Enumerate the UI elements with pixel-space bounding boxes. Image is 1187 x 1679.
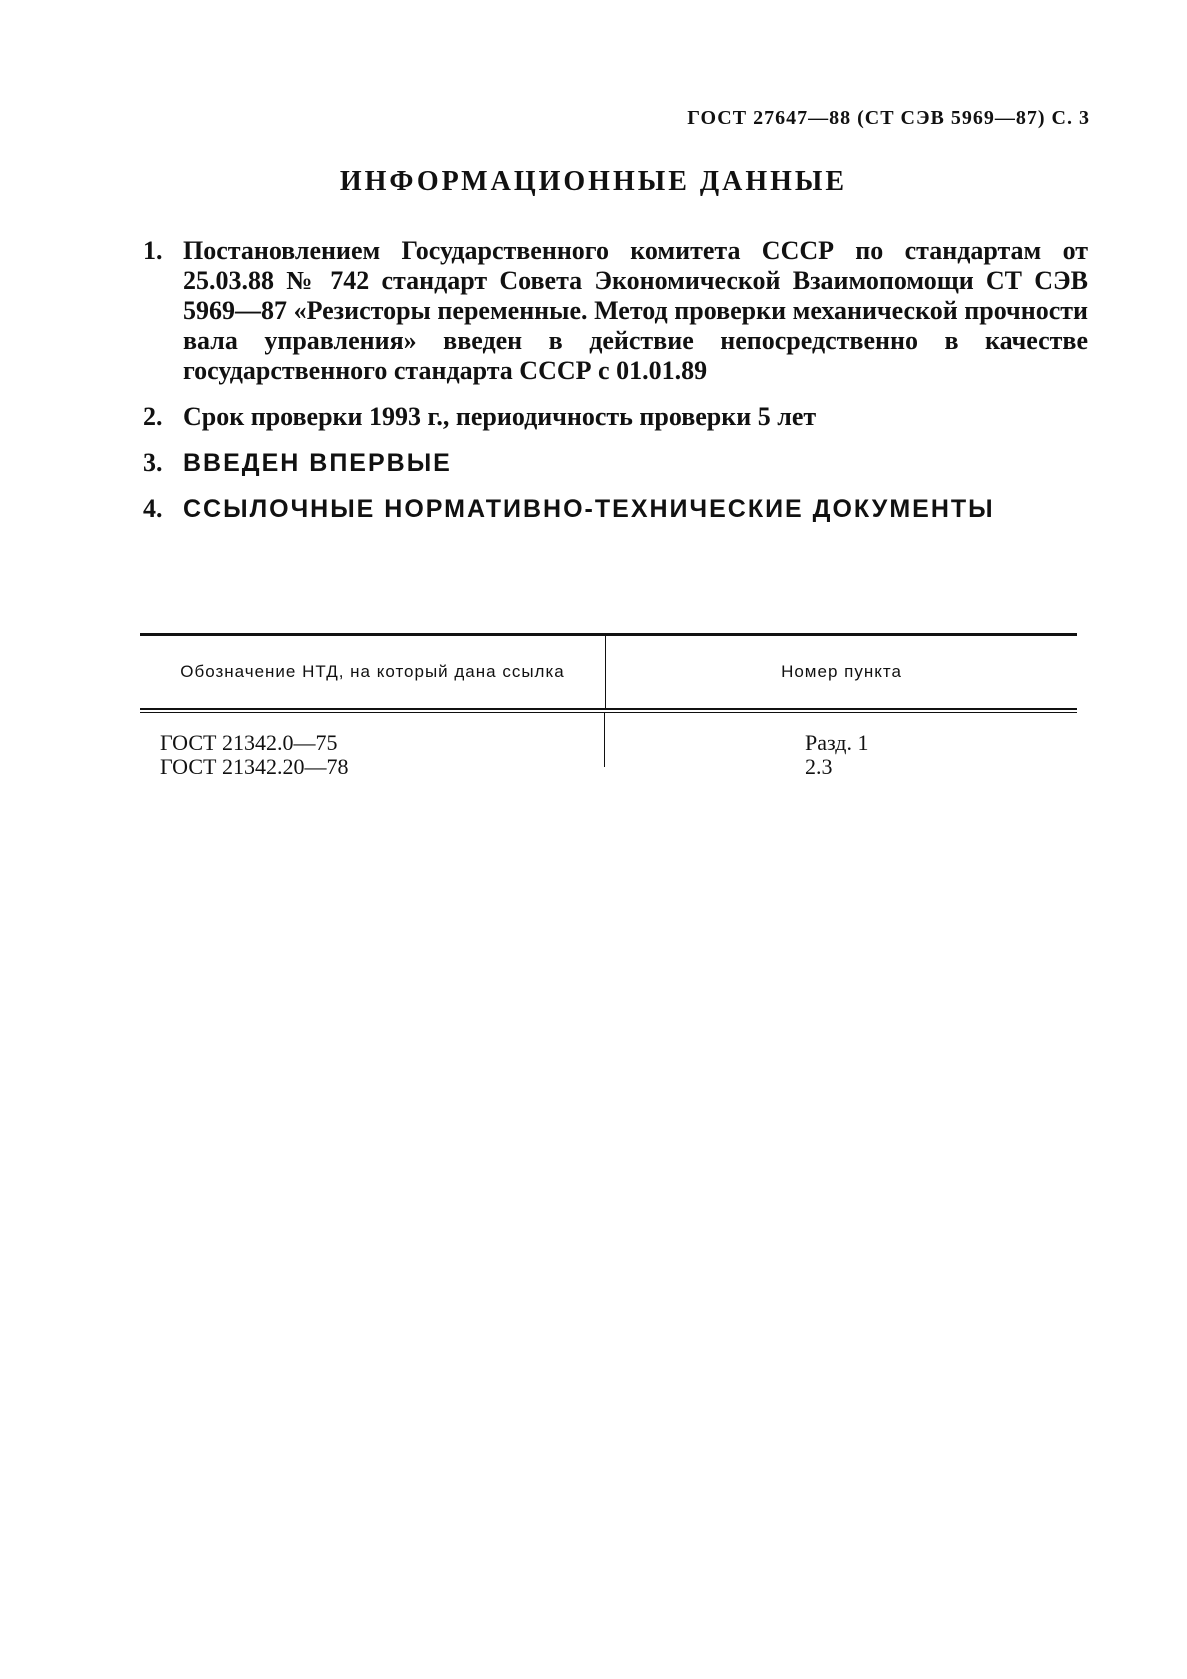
list-item: 3. ВВЕДЕН ВПЕРВЫЕ	[143, 448, 1088, 478]
info-list: 1. Постановлением Государственного комит…	[143, 236, 1088, 540]
item-number: 3.	[143, 448, 183, 478]
reference-table: Обозначение НТД, на который дана ссылка …	[140, 633, 1077, 785]
header-cell-document: Обозначение НТД, на который дана ссылка	[140, 636, 606, 708]
item-number: 2.	[143, 402, 183, 432]
table-header-row: Обозначение НТД, на который дана ссылка …	[140, 636, 1077, 708]
documents-column: ГОСТ 21342.0—75 ГОСТ 21342.20—78	[140, 713, 605, 767]
running-header: ГОСТ 27647—88 (СТ СЭВ 5969—87) С. 3	[600, 107, 1090, 130]
item-text: ССЫЛОЧНЫЕ НОРМАТИВНО-ТЕХНИЧЕСКИЕ ДОКУМЕН…	[183, 494, 1088, 524]
item-text: ВВЕДЕН ВПЕРВЫЕ	[183, 448, 1088, 478]
table-body: ГОСТ 21342.0—75 ГОСТ 21342.20—78 Разд. 1…	[140, 713, 1077, 785]
table-cell-clause: Разд. 1	[805, 731, 1077, 755]
table-cell-clause: 2.3	[805, 755, 1077, 779]
clauses-column: Разд. 1 2.3	[605, 713, 1077, 785]
list-item: 2. Срок проверки 1993 г., периодичность …	[143, 402, 1088, 432]
section-title: ИНФОРМАЦИОННЫЕ ДАННЫЕ	[0, 166, 1187, 198]
table-cell-doc: ГОСТ 21342.20—78	[160, 755, 604, 779]
list-item: 1. Постановлением Государственного комит…	[143, 236, 1088, 386]
item-number: 1.	[143, 236, 183, 386]
item-number: 4.	[143, 494, 183, 524]
list-item: 4. ССЫЛОЧНЫЕ НОРМАТИВНО-ТЕХНИЧЕСКИЕ ДОКУ…	[143, 494, 1088, 524]
item-text: Срок проверки 1993 г., периодичность про…	[183, 402, 1088, 432]
header-cell-clause: Номер пункта	[606, 636, 1077, 708]
table-cell-doc: ГОСТ 21342.0—75	[160, 731, 604, 755]
item-text: Постановлением Государственного комитета…	[183, 236, 1088, 386]
